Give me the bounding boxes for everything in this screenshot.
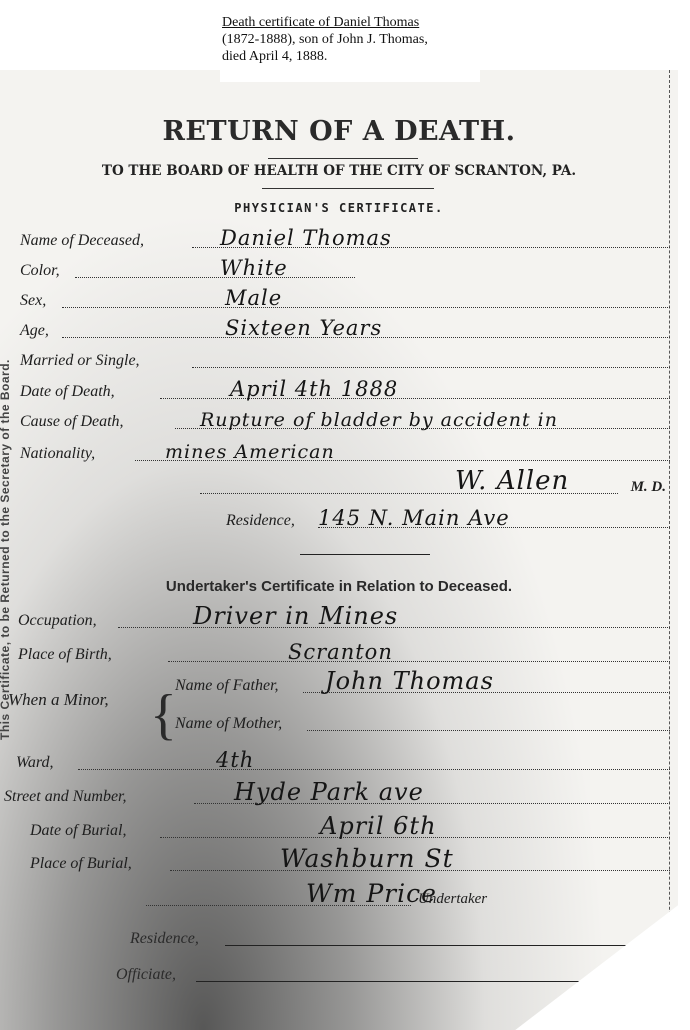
field-label: Sex, [20, 292, 46, 310]
field-value: 145 N. Main Ave [318, 506, 510, 530]
archive-caption: Death certificate of Daniel Thomas (1872… [222, 14, 482, 65]
field-value: White [220, 256, 288, 280]
form-subtitle: TO THE BOARD OF HEALTH OF THE CITY OF SC… [0, 163, 678, 179]
field-label: Date of Burial, [30, 822, 126, 840]
field-place-of-birth: Place of Birth, Scranton [18, 644, 670, 668]
fill-line [225, 945, 650, 946]
physician-residence: Residence, 145 N. Main Ave [226, 510, 670, 534]
section-divider [300, 554, 430, 555]
field-value: Sixteen Years [225, 316, 382, 340]
field-officiate: Officiate, [116, 964, 636, 988]
field-ward: Ward, 4th [16, 752, 670, 776]
field-value: Scranton [288, 640, 393, 664]
when-a-minor-label: When a Minor, [8, 690, 158, 714]
field-married-or-single: Married or Single, [20, 350, 670, 374]
caption-line-2: (1872-1888), son of John J. Thomas, [222, 31, 482, 48]
field-street-and-number: Street and Number, Hyde Park ave [4, 786, 670, 810]
field-value: Daniel Thomas [220, 226, 392, 250]
physician-signature-line: W. Allen M. D. [200, 476, 670, 500]
title-rule [268, 158, 418, 159]
undertaker-certificate-heading: Undertaker's Certificate in Relation to … [0, 578, 678, 595]
field-label: Nationality, [20, 445, 95, 463]
fill-line [168, 661, 670, 662]
field-value: April 4th 1888 [230, 377, 398, 401]
paper-edge-cut [220, 70, 480, 82]
field-label: Place of Burial, [30, 855, 132, 873]
field-place-of-burial: Place of Burial, Washburn St [30, 853, 670, 877]
field-label: Occupation, [18, 612, 97, 630]
field-label: Place of Birth, [18, 646, 112, 664]
field-value: mines American [165, 441, 335, 463]
field-label: When a Minor, [8, 690, 109, 710]
field-label: Name of Mother, [175, 715, 282, 733]
side-note: This Certificate, to be Returned to the … [0, 270, 18, 830]
physician-certificate-heading: PHYSICIAN'S CERTIFICATE. [0, 201, 678, 215]
form-title: RETURN OF A DEATH. [0, 116, 678, 147]
fill-line [75, 277, 355, 278]
field-label: Residence, [226, 512, 295, 530]
field-label: Street and Number, [4, 788, 127, 806]
undertaker-residence: Residence, [130, 928, 650, 952]
md-suffix: M. D. [631, 479, 666, 496]
field-nationality: Nationality, mines American [20, 443, 670, 467]
fill-line [307, 730, 670, 731]
physician-signature: W. Allen [455, 466, 569, 496]
subtitle-rule [262, 188, 434, 189]
field-label: Color, [20, 262, 60, 280]
field-label: Residence, [130, 930, 199, 948]
caption-line-3: died April 4, 1888. [222, 48, 482, 65]
fill-line [62, 307, 670, 308]
field-label: Married or Single, [20, 352, 140, 370]
undertaker-suffix: Undertaker [418, 891, 487, 908]
field-value: Washburn St [280, 844, 454, 873]
field-label: Ward, [16, 754, 54, 772]
field-value: April 6th [320, 812, 437, 840]
fill-line [192, 367, 670, 368]
field-label: Cause of Death, [20, 413, 124, 431]
undertaker-signature-line: Wm Price Undertaker [146, 888, 678, 912]
field-label: Age, [20, 322, 49, 340]
field-value: Hyde Park ave [234, 778, 424, 806]
field-color: Color, White [20, 260, 670, 284]
field-label: Name of Deceased, [20, 232, 144, 250]
field-name-of-father: Name of Father, John Thomas [175, 675, 670, 699]
fill-line [196, 981, 636, 982]
field-name-of-deceased: Name of Deceased, Daniel Thomas [20, 230, 670, 254]
brace-glyph: { [150, 687, 177, 743]
death-certificate-sheet: This Certificate, to be Returned to the … [0, 70, 678, 1030]
field-value: Rupture of bladder by accident in [200, 409, 558, 431]
field-value: John Thomas [325, 667, 494, 695]
field-age: Age, Sixteen Years [20, 320, 670, 344]
field-occupation: Occupation, Driver in Mines [18, 610, 670, 634]
field-value: Male [225, 286, 282, 310]
field-label: Name of Father, [175, 677, 279, 695]
field-value: 4th [216, 748, 254, 772]
fill-line [78, 769, 670, 770]
field-cause-of-death: Cause of Death, Rupture of bladder by ac… [20, 411, 670, 435]
field-date-of-burial: Date of Burial, April 6th [30, 820, 670, 844]
field-value: Driver in Mines [193, 602, 398, 630]
field-label: Date of Death, [20, 383, 115, 401]
field-sex: Sex, Male [20, 290, 670, 314]
field-name-of-mother: Name of Mother, [175, 713, 670, 737]
caption-line-1: Death certificate of Daniel Thomas [222, 14, 482, 31]
field-date-of-death: Date of Death, April 4th 1888 [20, 381, 670, 405]
field-label: Officiate, [116, 966, 176, 984]
